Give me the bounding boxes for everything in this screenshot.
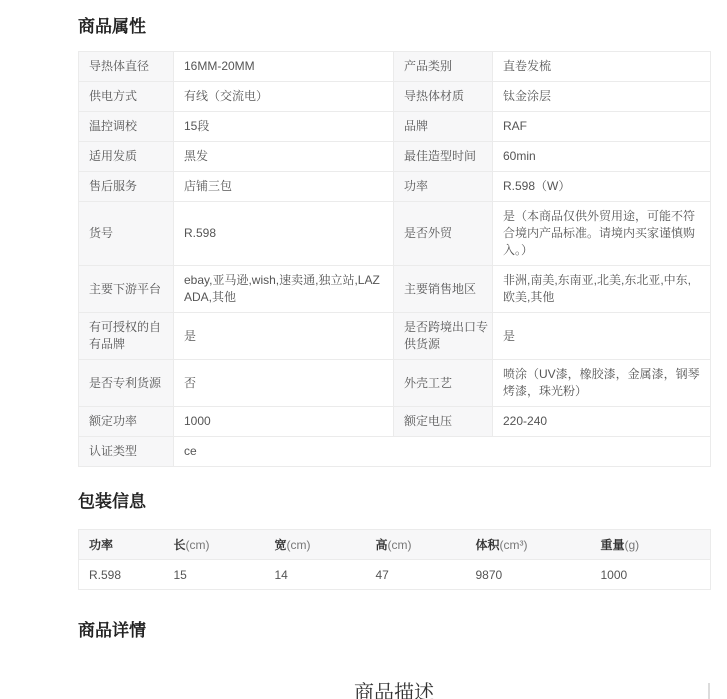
attr-label: 主要下游平台 [79, 266, 174, 313]
table-row: 导热体直径 16MM-20MM 产品类别 直卷发梳 [79, 52, 711, 82]
attr-value: 喷涂（UV漆，橡胶漆，金属漆，钢琴烤漆，珠光粉） [493, 360, 711, 407]
attr-value: 220-240 [493, 407, 711, 437]
table-row: 售后服务 店铺三包 功率 R.598（W） [79, 172, 711, 202]
attr-label: 功率 [394, 172, 493, 202]
table-row: 适用发质 黑发 最佳造型时间 60min [79, 142, 711, 172]
table-row: 货号 R.598 是否外贸 是（本商品仅供外贸用途，可能不符合境内产品标准。请境… [79, 202, 711, 266]
attr-label: 导热体直径 [79, 52, 174, 82]
attributes-table: 导热体直径 16MM-20MM 产品类别 直卷发梳 供电方式 有线（交流电） 导… [78, 51, 711, 467]
attr-label: 产品类别 [394, 52, 493, 82]
table-row: 供电方式 有线（交流电） 导热体材质 钛金涂层 [79, 82, 711, 112]
attr-value: R.598（W） [493, 172, 711, 202]
attr-label: 导热体材质 [394, 82, 493, 112]
attr-label: 主要销售地区 [394, 266, 493, 313]
packaging-cell: R.598 [79, 560, 164, 590]
attr-value: ebay,亚马逊,wish,速卖通,独立站,LAZADA,其他 [174, 266, 394, 313]
packaging-cell: 15 [164, 560, 265, 590]
attr-value: 16MM-20MM [174, 52, 394, 82]
product-detail-panel: 商品属性 导热体直径 16MM-20MM 产品类别 直卷发梳 供电方式 有线（交… [78, 0, 710, 699]
attr-label: 售后服务 [79, 172, 174, 202]
detail-section-title: 商品详情 [78, 620, 710, 642]
attr-label: 外壳工艺 [394, 360, 493, 407]
attr-value: 60min [493, 142, 711, 172]
attr-label: 额定电压 [394, 407, 493, 437]
product-description-heading: 商品描述 [78, 680, 710, 699]
table-row: 有可授权的自有品牌 是 是否跨境出口专供货源 是 [79, 313, 711, 360]
attr-value: ce [174, 437, 711, 467]
attr-value: R.598 [174, 202, 394, 266]
attr-label: 货号 [79, 202, 174, 266]
attr-label: 是否专利货源 [79, 360, 174, 407]
attr-value: 店铺三包 [174, 172, 394, 202]
attr-label: 是否跨境出口专供货源 [394, 313, 493, 360]
vertical-scrollbar[interactable] [708, 683, 710, 699]
attr-label: 适用发质 [79, 142, 174, 172]
attributes-section-title: 商品属性 [78, 16, 710, 38]
packaging-cell: 1000 [591, 560, 711, 590]
attr-value: RAF [493, 112, 711, 142]
table-row: 额定功率 1000 额定电压 220-240 [79, 407, 711, 437]
packaging-cell: 9870 [466, 560, 591, 590]
attr-label: 有可授权的自有品牌 [79, 313, 174, 360]
attr-value: 有线（交流电） [174, 82, 394, 112]
attr-label: 品牌 [394, 112, 493, 142]
column-header: 功率 [79, 530, 164, 560]
attr-label: 最佳造型时间 [394, 142, 493, 172]
attr-value: 是 [174, 313, 394, 360]
attr-label: 温控调校 [79, 112, 174, 142]
column-header: 宽(cm) [265, 530, 366, 560]
packaging-cell: 47 [366, 560, 466, 590]
attr-label: 是否外贸 [394, 202, 493, 266]
packaging-data-row: R.598 15 14 47 9870 1000 [79, 560, 711, 590]
column-header: 重量(g) [591, 530, 711, 560]
table-row: 认证类型 ce [79, 437, 711, 467]
attr-value: 黑发 [174, 142, 394, 172]
attr-value: 15段 [174, 112, 394, 142]
table-row: 温控调校 15段 品牌 RAF [79, 112, 711, 142]
table-row: 是否专利货源 否 外壳工艺 喷涂（UV漆，橡胶漆，金属漆，钢琴烤漆，珠光粉） [79, 360, 711, 407]
packaging-cell: 14 [265, 560, 366, 590]
packaging-section-title: 包装信息 [78, 491, 710, 513]
packaging-table: 功率 长(cm) 宽(cm) 高(cm) 体积(cm³) 重量(g) R.598… [78, 529, 711, 590]
packaging-header-row: 功率 长(cm) 宽(cm) 高(cm) 体积(cm³) 重量(g) [79, 530, 711, 560]
column-header: 高(cm) [366, 530, 466, 560]
attr-label: 供电方式 [79, 82, 174, 112]
attr-value: 是 [493, 313, 711, 360]
attr-value: 是（本商品仅供外贸用途，可能不符合境内产品标准。请境内买家谨慎购入。） [493, 202, 711, 266]
attr-label: 额定功率 [79, 407, 174, 437]
attr-value: 否 [174, 360, 394, 407]
attr-value: 1000 [174, 407, 394, 437]
table-row: 主要下游平台 ebay,亚马逊,wish,速卖通,独立站,LAZADA,其他 主… [79, 266, 711, 313]
column-header: 长(cm) [164, 530, 265, 560]
attr-value: 非洲,南美,东南亚,北美,东北亚,中东,欧美,其他 [493, 266, 711, 313]
attr-label: 认证类型 [79, 437, 174, 467]
attr-value: 直卷发梳 [493, 52, 711, 82]
column-header: 体积(cm³) [466, 530, 591, 560]
attr-value: 钛金涂层 [493, 82, 711, 112]
